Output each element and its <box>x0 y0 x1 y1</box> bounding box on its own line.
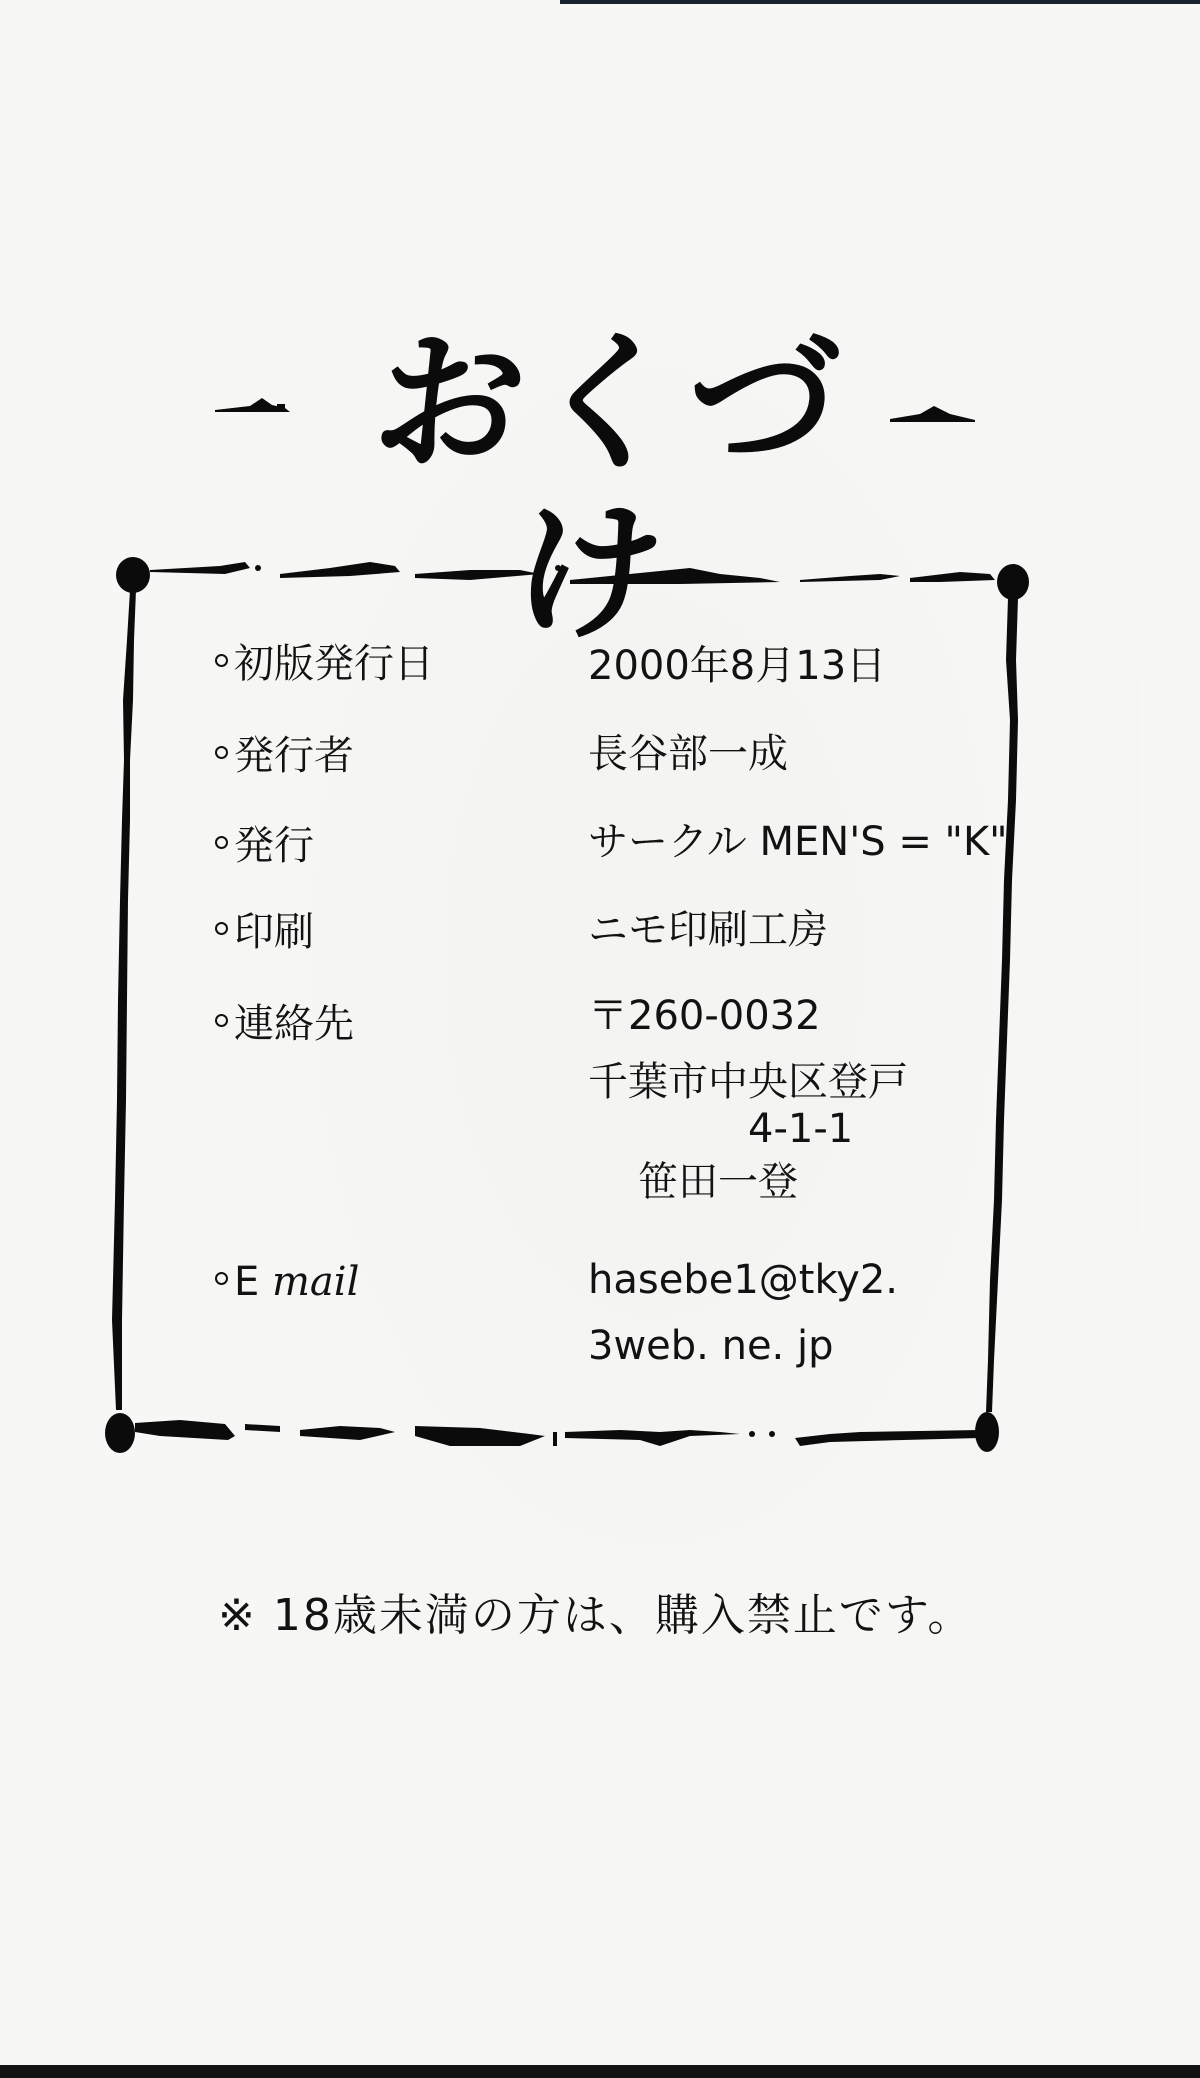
value-publisher-person: 長谷部一成 <box>588 730 788 778</box>
scan-edge-bottom <box>0 2065 1200 2078</box>
value-postal-code: 〒260-0032 <box>588 992 821 1040</box>
bullet-icon <box>215 922 228 935</box>
label-contact: 連絡先 <box>215 1000 354 1048</box>
value-printer: ニモ印刷工房 <box>588 906 828 954</box>
label-printing: 印刷 <box>215 908 314 956</box>
label-publisher: 発行 <box>215 822 314 870</box>
bullet-icon <box>215 654 228 667</box>
label-publisher-person: 発行者 <box>215 732 354 780</box>
label-email: E mail <box>215 1258 359 1306</box>
value-first-edition-date: 2000年8月13日 <box>588 642 886 690</box>
page-title: おくづけ <box>312 318 888 658</box>
value-email-line2: 3web. ne. jp <box>588 1322 834 1370</box>
value-address-number: 4-1-1 <box>748 1105 853 1153</box>
age-restriction-notice: ※ 18歳未満の方は、購入禁止です。 <box>218 1588 973 1644</box>
bullet-icon <box>215 1272 228 1285</box>
value-publisher-circle: サークル MEN'S = "K" <box>588 818 1008 866</box>
label-first-edition-date: 初版発行日 <box>215 640 434 688</box>
value-email-line1: hasebe1@tky2. <box>588 1256 898 1304</box>
bullet-icon <box>215 836 228 849</box>
value-contact-name: 笹田一登 <box>638 1158 798 1206</box>
bullet-icon <box>215 1014 228 1027</box>
bullet-icon <box>215 746 228 759</box>
value-address-city: 千葉市中央区登戸 <box>588 1058 908 1106</box>
